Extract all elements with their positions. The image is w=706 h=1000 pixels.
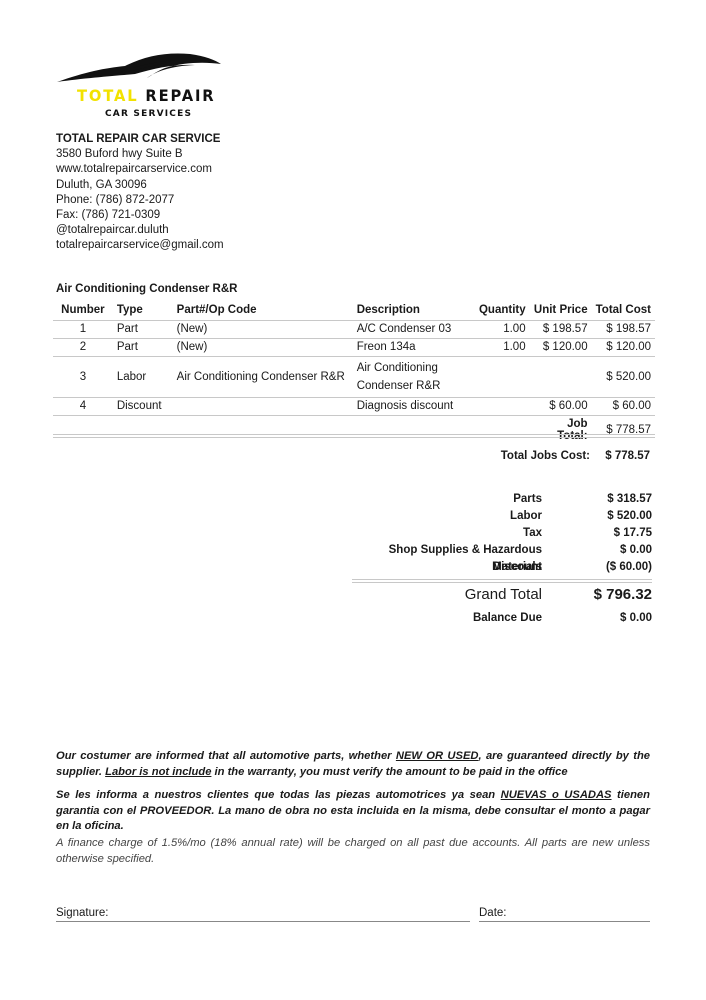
grand-total-value: $ 796.32: [542, 583, 652, 607]
job-title: Air Conditioning Condenser R&R: [56, 283, 237, 295]
table-row: 1 Part (New) A/C Condenser 03 1.00 $ 198…: [53, 320, 655, 338]
company-website: www.totalrepaircarservice.com: [56, 162, 224, 177]
company-name: TOTAL REPAIR CAR SERVICE: [56, 132, 224, 147]
row-total-cost: $ 60.00: [592, 397, 655, 415]
row-type: Discount: [113, 397, 173, 415]
row-part-code: (New): [173, 338, 353, 356]
row-number: 3: [53, 356, 113, 397]
discount-value: ($ 60.00): [542, 559, 652, 576]
row-description-line2: Condenser R&R: [357, 377, 470, 395]
tax-value: $ 17.75: [542, 525, 652, 542]
row-unit-price: $ 120.00: [530, 338, 592, 356]
row-part-code: [173, 397, 353, 415]
balance-due-label: Balance Due: [340, 610, 542, 627]
warranty-notice-english: Our costumer are informed that all autom…: [56, 749, 650, 780]
job-total-value: $ 778.57: [592, 415, 655, 444]
row-description: A/C Condenser 03: [353, 320, 474, 338]
col-part-code: Part#/Op Code: [173, 300, 353, 320]
job-items-table: Number Type Part#/Op Code Description Qu…: [53, 300, 655, 444]
warranty-notice-spanish: Se les informa a nuestros clientes que t…: [56, 788, 650, 835]
company-logo: TOTAL REPAIR CAR SERVICES: [55, 48, 225, 124]
row-part-code: (New): [173, 320, 353, 338]
row-quantity: 1.00: [474, 338, 530, 356]
date-field[interactable]: Date:: [479, 906, 650, 922]
row-quantity: [474, 397, 530, 415]
row-type: Part: [113, 320, 173, 338]
company-fax: Fax: (786) 721-0309: [56, 208, 224, 223]
company-phone: Phone: (786) 872-2077: [56, 193, 224, 208]
summary-grand-total: Grand Total $ 796.32: [340, 583, 652, 607]
balance-due-value: $ 0.00: [542, 610, 652, 627]
date-label: Date:: [479, 907, 507, 919]
table-row: 4 Discount Diagnosis discount $ 60.00 $ …: [53, 397, 655, 415]
logo-total-text: TOTAL: [77, 86, 138, 105]
col-total-cost: Total Cost: [592, 300, 655, 320]
col-description: Description: [353, 300, 474, 320]
company-info: TOTAL REPAIR CAR SERVICE 3580 Buford hwy…: [56, 132, 224, 254]
summary-tax: Tax $ 17.75: [340, 525, 652, 542]
row-total-cost: $ 198.57: [592, 320, 655, 338]
labor-value: $ 520.00: [542, 508, 652, 525]
col-number: Number: [53, 300, 113, 320]
parts-label: Parts: [340, 491, 542, 508]
labor-label: Labor: [340, 508, 542, 525]
row-total-cost: $ 520.00: [592, 356, 655, 397]
company-social: @totalrepaircar.duluth: [56, 223, 224, 238]
summary-labor: Labor $ 520.00: [340, 508, 652, 525]
job-total-label: Job Total:: [530, 415, 592, 444]
table-row: 2 Part (New) Freon 134a 1.00 $ 120.00 $ …: [53, 338, 655, 356]
row-quantity: 1.00: [474, 320, 530, 338]
logo-wordmark: TOTAL REPAIR: [77, 86, 215, 105]
row-type: Part: [113, 338, 173, 356]
row-number: 2: [53, 338, 113, 356]
invoice-summary: Parts $ 318.57 Labor $ 520.00 Tax $ 17.7…: [340, 491, 652, 627]
row-description: Diagnosis discount: [353, 397, 474, 415]
signature-field[interactable]: Signature:: [56, 906, 470, 922]
summary-shop-supplies: Shop Supplies & Hazardous Materials $ 0.…: [340, 542, 652, 559]
total-jobs-cost-label: Total Jobs Cost:: [440, 450, 590, 462]
parts-value: $ 318.57: [542, 491, 652, 508]
summary-balance-due: Balance Due $ 0.00: [340, 610, 652, 627]
discount-label: Discount: [340, 559, 542, 576]
section-divider: [53, 434, 655, 438]
company-city: Duluth, GA 30096: [56, 178, 224, 193]
summary-discount: Discount ($ 60.00): [340, 559, 652, 576]
table-row: 3 Labor Air Conditioning Condenser R&R A…: [53, 356, 655, 397]
row-type: Labor: [113, 356, 173, 397]
row-description-line1: Air Conditioning: [357, 359, 470, 377]
finance-charge-notice: A finance charge of 1.5%/mo (18% annual …: [56, 836, 650, 867]
row-description: Freon 134a: [353, 338, 474, 356]
table-header-row: Number Type Part#/Op Code Description Qu…: [53, 300, 655, 320]
logo-tagline: CAR SERVICES: [105, 109, 192, 119]
car-silhouette-icon: [55, 48, 225, 88]
col-quantity: Quantity: [474, 300, 530, 320]
shop-supplies-value: $ 0.00: [542, 542, 652, 559]
row-number: 1: [53, 320, 113, 338]
row-description: Air ConditioningCondenser R&R: [353, 356, 474, 397]
col-unit-price: Unit Price: [530, 300, 592, 320]
row-number: 4: [53, 397, 113, 415]
row-unit-price: $ 198.57: [530, 320, 592, 338]
row-unit-price: $ 60.00: [530, 397, 592, 415]
tax-label: Tax: [340, 525, 542, 542]
row-part-code: Air Conditioning Condenser R&R: [173, 356, 353, 397]
company-address: 3580 Buford hwy Suite B: [56, 147, 224, 162]
signature-label: Signature:: [56, 907, 108, 919]
company-email: totalrepaircarservice@gmail.com: [56, 238, 224, 253]
row-unit-price: [530, 356, 592, 397]
row-total-cost: $ 120.00: [592, 338, 655, 356]
job-total-row: Job Total: $ 778.57: [53, 415, 655, 444]
shop-supplies-label: Shop Supplies & Hazardous Materials: [340, 542, 542, 559]
row-quantity: [474, 356, 530, 397]
logo-repair-text: REPAIR: [138, 86, 215, 105]
summary-parts: Parts $ 318.57: [340, 491, 652, 508]
total-jobs-cost-value: $ 778.57: [590, 450, 650, 462]
col-type: Type: [113, 300, 173, 320]
grand-total-label: Grand Total: [340, 583, 542, 607]
